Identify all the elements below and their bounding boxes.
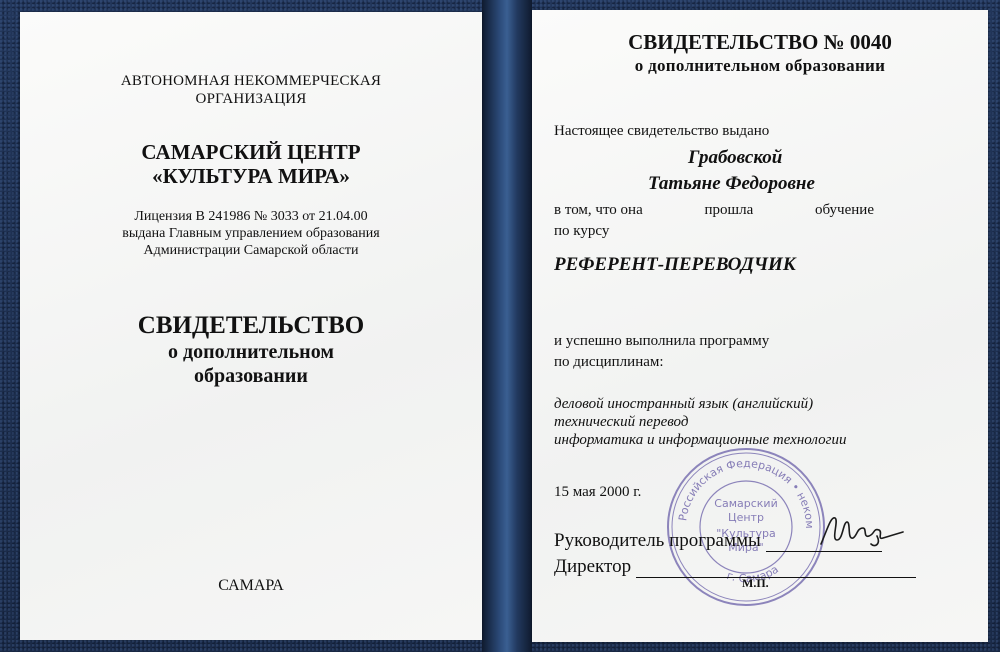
center-name: САМАРСКИЙ ЦЕНТР «КУЛЬТУРА МИРА» — [20, 140, 482, 188]
program-head-label: Руководитель программы — [554, 530, 761, 551]
director-row: Директор — [554, 556, 916, 578]
signature-icon — [817, 510, 907, 550]
left-page: АВТОНОМНАЯ НЕКОММЕРЧЕСКАЯ ОРГАНИЗАЦИЯ СА… — [20, 12, 482, 640]
svg-text:Самарский: Самарский — [714, 497, 777, 510]
right-page: СВИДЕТЕЛЬСТВО № 0040 о дополнительном об… — [532, 10, 988, 642]
director-label: Директор — [554, 556, 631, 577]
issue-date: 15 мая 2000 г. — [554, 483, 641, 501]
license-info: Лицензия В 241986 № 3033 от 21.04.00 выд… — [20, 208, 482, 259]
organization-type: АВТОНОМНАЯ НЕКОММЕРЧЕСКАЯ ОРГАНИЗАЦИЯ — [20, 72, 482, 108]
course-name: РЕФЕРЕНТ-ПЕРЕВОДЧИК — [554, 254, 796, 276]
discipline-item: деловой иностранный язык (английский) — [554, 395, 846, 413]
certificate-title: СВИДЕТЕЛЬСТВО № 0040 о дополнительном об… — [532, 30, 988, 77]
recipient-surname: Грабовской — [688, 147, 782, 169]
recipient-given-names: Татьяне Федоровне — [648, 173, 815, 195]
director-signature-line — [636, 559, 916, 578]
svg-text:Центр: Центр — [728, 511, 764, 524]
seal-place-label: М.П. — [742, 576, 769, 591]
course-label: по курсу — [554, 222, 609, 240]
city: САМАРА — [20, 577, 482, 595]
program-line-2: по дисциплинам: — [554, 353, 664, 371]
issued-to-label: Настоящее свидетельство выдано — [554, 122, 769, 140]
document-title: СВИДЕТЕЛЬСТВО о дополнительном образован… — [20, 312, 482, 388]
disciplines-list: деловой иностранный язык (английский) те… — [554, 395, 846, 449]
completed-statement: в том, что она прошла обучение — [554, 201, 874, 219]
program-line-1: и успешно выполнила программу — [554, 332, 769, 350]
cover-spine — [482, 0, 532, 652]
certificate-cover: АВТОНОМНАЯ НЕКОММЕРЧЕСКАЯ ОРГАНИЗАЦИЯ СА… — [0, 0, 1000, 652]
discipline-item: технический перевод — [554, 413, 846, 431]
